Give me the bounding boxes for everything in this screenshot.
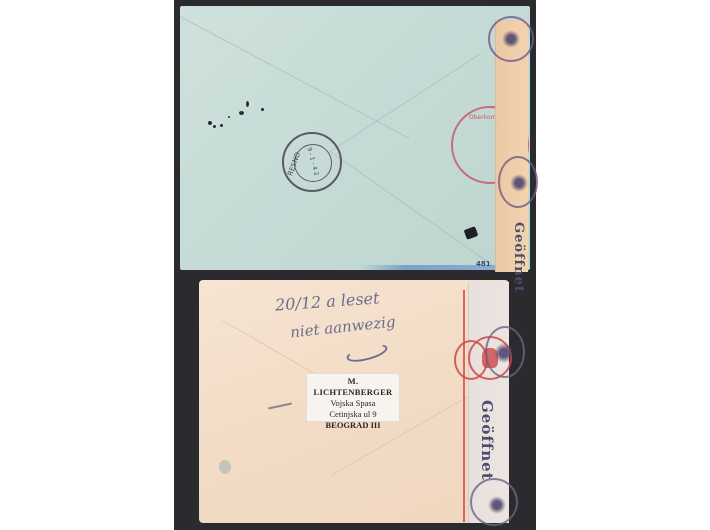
geoffnet-label-bottom: Geöffnet xyxy=(478,400,496,481)
small-mark-481: 481 xyxy=(476,260,491,268)
geoffnet-label-top: Geöffnet xyxy=(511,222,526,293)
eagle-stamp-bottom-2 xyxy=(470,478,518,526)
sender-city: BEOGRAD III xyxy=(307,420,399,431)
sender-line2: Vojska Spasa xyxy=(307,398,399,409)
postmark-resno: RESNO 9 - 1 - 4 2 xyxy=(282,132,342,192)
sender-name: M. LICHTENBERGER xyxy=(307,376,399,398)
sender-address-label: M. LICHTENBERGER Vojska Spasa Cetinjska … xyxy=(306,373,400,422)
red-line-1 xyxy=(463,290,465,522)
eagle-stamp-top-1 xyxy=(488,16,534,62)
eagle-stamp-bottom-1 xyxy=(485,326,525,378)
sender-line3: Cetinjska ul 9 xyxy=(307,409,399,420)
eagle-stamp-top-2 xyxy=(498,156,538,208)
